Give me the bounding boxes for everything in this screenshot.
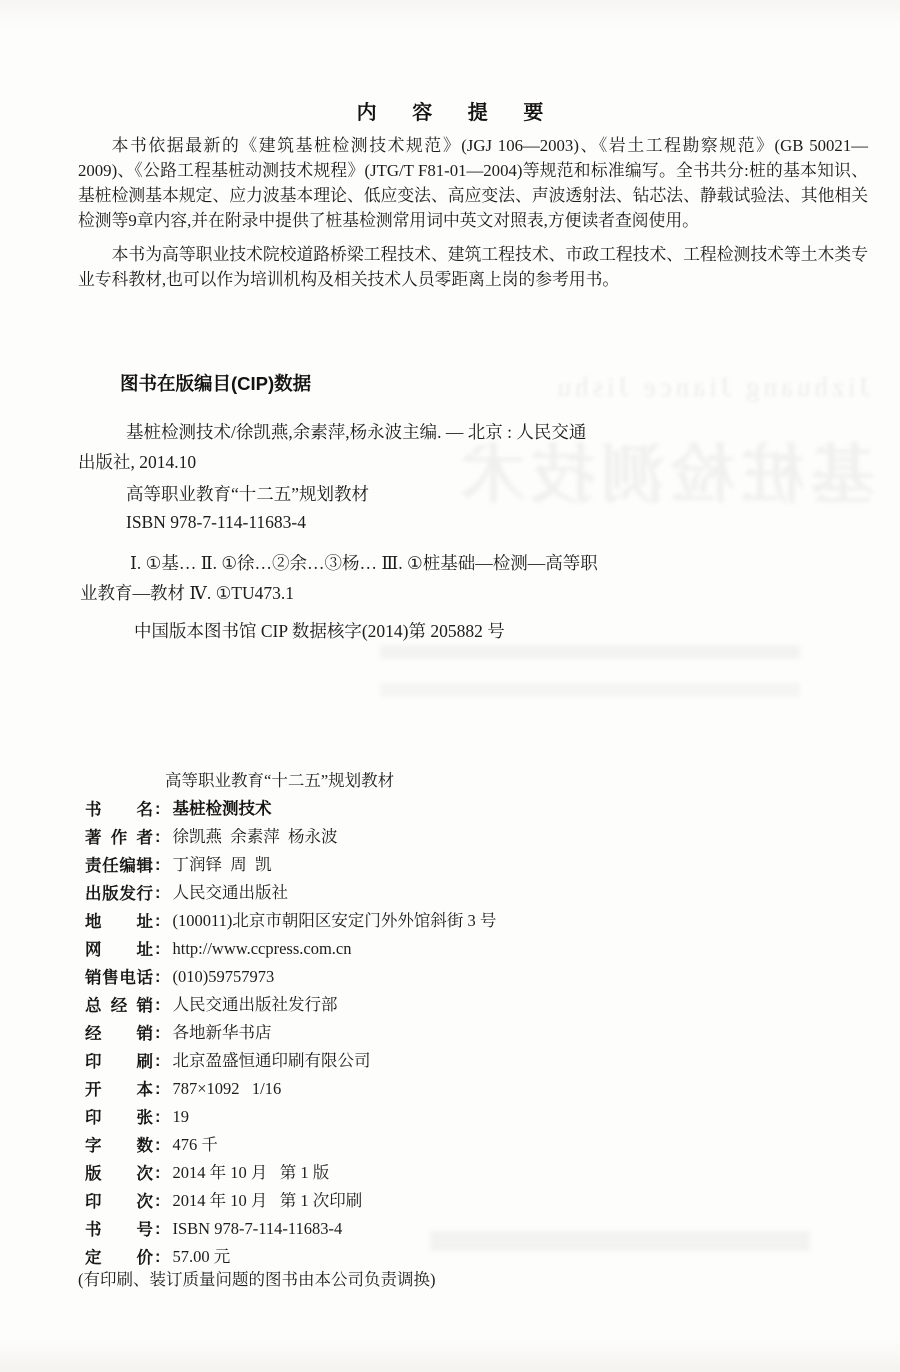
list-item-edition: 版次:2014 年 10 月 第 1 版 <box>85 1159 785 1187</box>
row-value: 476 千 <box>173 1135 218 1154</box>
cip-series-line: 高等职业教育“十二五”规划教材 <box>126 481 369 506</box>
row-label: 书号 <box>85 1216 153 1244</box>
list-item-format: 开本:787×1092 1/16 <box>85 1075 785 1103</box>
cip-classification-line-1: Ⅰ. ①基… Ⅱ. ①徐…②余…③杨… Ⅲ. ①桩基础—检测—高等职 <box>130 550 598 575</box>
row-label: 总经销 <box>85 992 153 1020</box>
row-colon: : <box>155 856 161 874</box>
row-label: 经销 <box>85 1020 153 1048</box>
row-colon: : <box>155 800 161 818</box>
series-title: 高等职业教育“十二五”规划教材 <box>165 767 394 791</box>
show-through-pinyin: Jizhuang Jiance Jishu <box>420 372 870 403</box>
row-colon: : <box>155 996 161 1014</box>
list-item-publisher: 出版发行:人民交通出版社 <box>85 879 785 907</box>
row-colon: : <box>155 1248 161 1266</box>
row-value: 2014 年 10 月 第 1 次印刷 <box>173 1191 363 1210</box>
publication-info-list: 书名:基桩检测技术 著作者:徐凯燕 余素萍 杨永波 责任编辑:丁润铎 周 凯 出… <box>85 795 785 1271</box>
list-item-word-count: 字数:476 千 <box>85 1131 785 1159</box>
cip-record-number: 中国版本图书馆 CIP 数据核字(2014)第 205882 号 <box>134 618 505 643</box>
cip-classification-line-2: 业教育—教材 Ⅳ. ①TU473.1 <box>80 580 294 605</box>
row-colon: : <box>155 828 161 846</box>
list-item-printer: 印刷:北京盈盛恒通印刷有限公司 <box>85 1047 785 1075</box>
row-value: (100011)北京市朝阳区安定门外外馆斜街 3 号 <box>173 911 497 930</box>
row-colon: : <box>155 968 161 986</box>
cip-isbn-line: ISBN 978-7-114-11683-4 <box>126 512 306 533</box>
row-label: 书名 <box>85 796 153 824</box>
row-colon: : <box>155 1052 161 1070</box>
row-label: 开本 <box>85 1076 153 1104</box>
list-item-distributor: 经销:各地新华书店 <box>85 1019 785 1047</box>
summary-paragraph-2: 本书为高等职业技术院校道路桥梁工程技术、建筑工程技术、市政工程技术、工程检测技术… <box>78 242 868 292</box>
row-label: 出版发行 <box>85 880 153 908</box>
cip-title-line: 基桩检测技术/徐凯燕,余素萍,杨永波主编. — 北京 : 人民交通 <box>126 419 586 444</box>
row-value: 基桩检测技术 <box>173 800 272 818</box>
list-item-editors: 责任编辑:丁润铎 周 凯 <box>85 851 785 879</box>
row-label: 印张 <box>85 1104 153 1132</box>
row-label: 版次 <box>85 1160 153 1188</box>
row-label: 印刷 <box>85 1048 153 1076</box>
row-value: 人民交通出版社发行部 <box>173 995 338 1014</box>
list-item-isbn: 书号:ISBN 978-7-114-11683-4 <box>85 1215 785 1243</box>
row-value: 人民交通出版社 <box>173 883 289 902</box>
row-colon: : <box>155 1136 161 1154</box>
row-label: 印次 <box>85 1188 153 1216</box>
row-colon: : <box>155 1108 161 1126</box>
list-item-general-distributor: 总经销:人民交通出版社发行部 <box>85 991 785 1019</box>
list-item-sales-phone: 销售电话:(010)59757973 <box>85 963 785 991</box>
row-label: 著作者 <box>85 824 153 852</box>
row-value: 2014 年 10 月 第 1 版 <box>173 1163 330 1182</box>
row-label: 字数 <box>85 1132 153 1160</box>
row-label: 销售电话 <box>85 964 153 992</box>
row-colon: : <box>155 912 161 930</box>
row-value: 787×1092 1/16 <box>173 1079 282 1098</box>
row-value: 徐凯燕 余素萍 杨永波 <box>173 827 338 846</box>
list-item-address: 地址:(100011)北京市朝阳区安定门外外馆斜街 3 号 <box>85 907 785 935</box>
list-item-sheets: 印张:19 <box>85 1103 785 1131</box>
list-item-printing: 印次:2014 年 10 月 第 1 次印刷 <box>85 1187 785 1215</box>
row-label: 地址 <box>85 908 153 936</box>
row-value: 各地新华书店 <box>173 1023 272 1042</box>
quality-note: (有印刷、装订质量问题的图书由本公司负责调换) <box>78 1266 436 1290</box>
row-colon: : <box>155 940 161 958</box>
row-value: ISBN 978-7-114-11683-4 <box>173 1219 343 1238</box>
row-value: 19 <box>173 1107 190 1126</box>
row-colon: : <box>155 1024 161 1042</box>
cip-publisher-line: 出版社, 2014.10 <box>78 449 196 474</box>
row-colon: : <box>155 1080 161 1098</box>
row-label: 网址 <box>85 936 153 964</box>
row-colon: : <box>155 884 161 902</box>
row-colon: : <box>155 1192 161 1210</box>
list-item-book-title: 书名:基桩检测技术 <box>85 795 785 823</box>
list-item-website: 网址:http://www.ccpress.com.cn <box>85 935 785 963</box>
list-item-authors: 著作者:徐凯燕 余素萍 杨永波 <box>85 823 785 851</box>
row-value: 丁润铎 周 凯 <box>173 855 272 874</box>
row-value: http://www.ccpress.com.cn <box>173 939 352 958</box>
row-colon: : <box>155 1164 161 1182</box>
row-value: 北京盈盛恒通印刷有限公司 <box>173 1051 371 1070</box>
row-label: 责任编辑 <box>85 852 153 880</box>
summary-title: 内 容 提 要 <box>0 96 900 125</box>
summary-paragraph-1: 本书依据最新的《建筑基桩检测技术规范》(JGJ 106—2003)、《岩土工程勘… <box>78 133 868 233</box>
show-through-smudge <box>380 645 800 725</box>
cip-heading: 图书在版编目(CIP)数据 <box>120 370 311 396</box>
copyright-page: Jizhuang Jiance Jishu 基桩检测技术 内 容 提 要 本书依… <box>0 0 900 1372</box>
row-value: (010)59757973 <box>173 967 275 986</box>
row-colon: : <box>155 1220 161 1238</box>
row-value: 57.00 元 <box>173 1247 231 1266</box>
